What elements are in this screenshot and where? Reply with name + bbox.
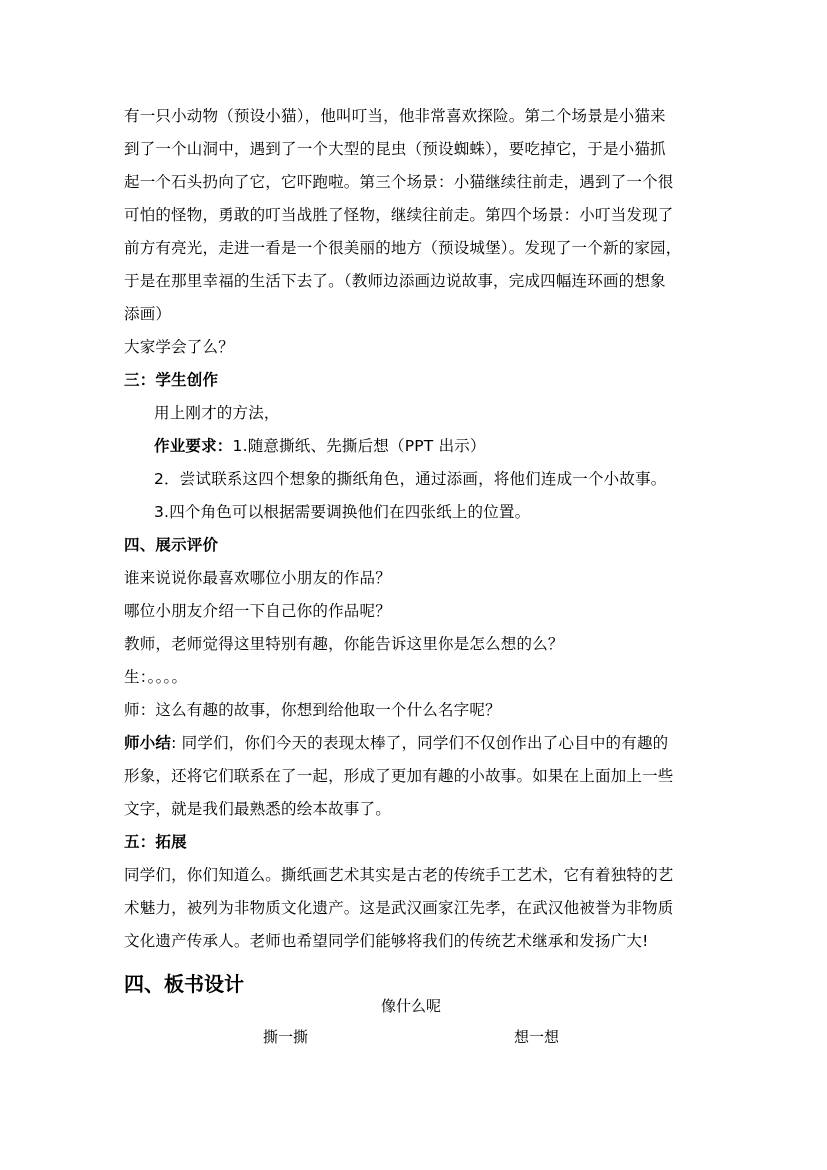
section3-heading: 三：学生创作 [124,364,708,397]
requirement-1-text: 1.随意撕纸、先撕后想（PPT 出示） [233,437,486,455]
requirement-label: 作业要求： [154,437,233,455]
board-title: 像什么呢 [381,995,441,1016]
section3-intro: 用上刚才的方法， [124,397,708,430]
board-right-item: 想一想 [514,1026,559,1047]
story-line: 有一只小动物（预设小猫），他叫叮当，他非常喜欢探险。第二个场景是小猫来 [124,100,708,133]
section4-line: 哪位小朋友介绍一下自己你的作品呢？ [124,595,708,628]
section4-line: 师：这么有趣的故事，你想到给他取一个什么名字呢？ [124,694,708,727]
story-line: 于是在那里幸福的生活下去了。（教师边添画边说故事，完成四幅连环画的想象 [124,265,708,298]
section5-line: 术魅力，被列为非物质文化遗产。这是武汉画家江先孝，在武汉他被誉为非物质 [124,892,708,925]
section5-line: 同学们，你们知道么。撕纸画艺术其实是古老的传统手工艺术，它有着独特的艺 [124,859,708,892]
story-line: 可怕的怪物，勇敢的叮当战胜了怪物，继续往前走。第四个场景：小叮当发现了 [124,199,708,232]
section4-heading: 四、展示评价 [124,529,708,562]
story-line: 前方有亮光，走进一看是一个很美丽的地方（预设城堡）。发现了一个新的家园， [124,232,708,265]
section4-line: 教师，老师觉得这里特别有趣，你能告诉这里你是怎么想的么？ [124,628,708,661]
section4-line: 生：。。。。 [124,661,708,694]
requirement-2: 2．尝试联系这四个想象的撕纸角色，通过添画，将他们连成一个小故事。 [124,463,708,496]
story-line: 到了一个山洞中，遇到了一个大型的昆虫（预设蜘蛛），要吃掉它，于是小猫抓 [124,133,708,166]
summary-label: 师小结 [124,734,171,752]
section4-line: 谁来说说你最喜欢哪位小朋友的作品？ [124,562,708,595]
summary-line: 形象，还将它们联系在了一起，形成了更加有趣的小故事。如果在上面加上一些 [124,760,708,793]
section5-heading: 五：拓展 [124,826,708,859]
question-line: 大家学会了么？ [124,331,708,364]
board-left-item: 撕一撕 [263,1026,308,1047]
story-line: 添画） [124,298,708,331]
requirement-1: 作业要求：1.随意撕纸、先撕后想（PPT 出示） [124,430,708,463]
story-line: 起一个石头扔向了它，它吓跑啦。第三个场景：小猫继续往前走，遇到了一个很 [124,166,708,199]
section5-line: 文化遗产传承人。老师也希望同学们能够将我们的传统艺术继承和发扬广大! [124,925,708,958]
requirement-3: 3.四个角色可以根据需要调换他们在四张纸上的位置。 [124,496,708,529]
summary-text: : 同学们，你们今天的表现太棒了，同学们不仅创作出了心目中的有趣的 [171,734,668,752]
document-page: 有一只小动物（预设小猫），他叫叮当，他非常喜欢探险。第二个场景是小猫来 到了一个… [124,100,708,1004]
summary-line: 文字，就是我们最熟悉的绘本故事了。 [124,793,708,826]
summary-line: 师小结: 同学们，你们今天的表现太棒了，同学们不仅创作出了心目中的有趣的 [124,727,708,760]
